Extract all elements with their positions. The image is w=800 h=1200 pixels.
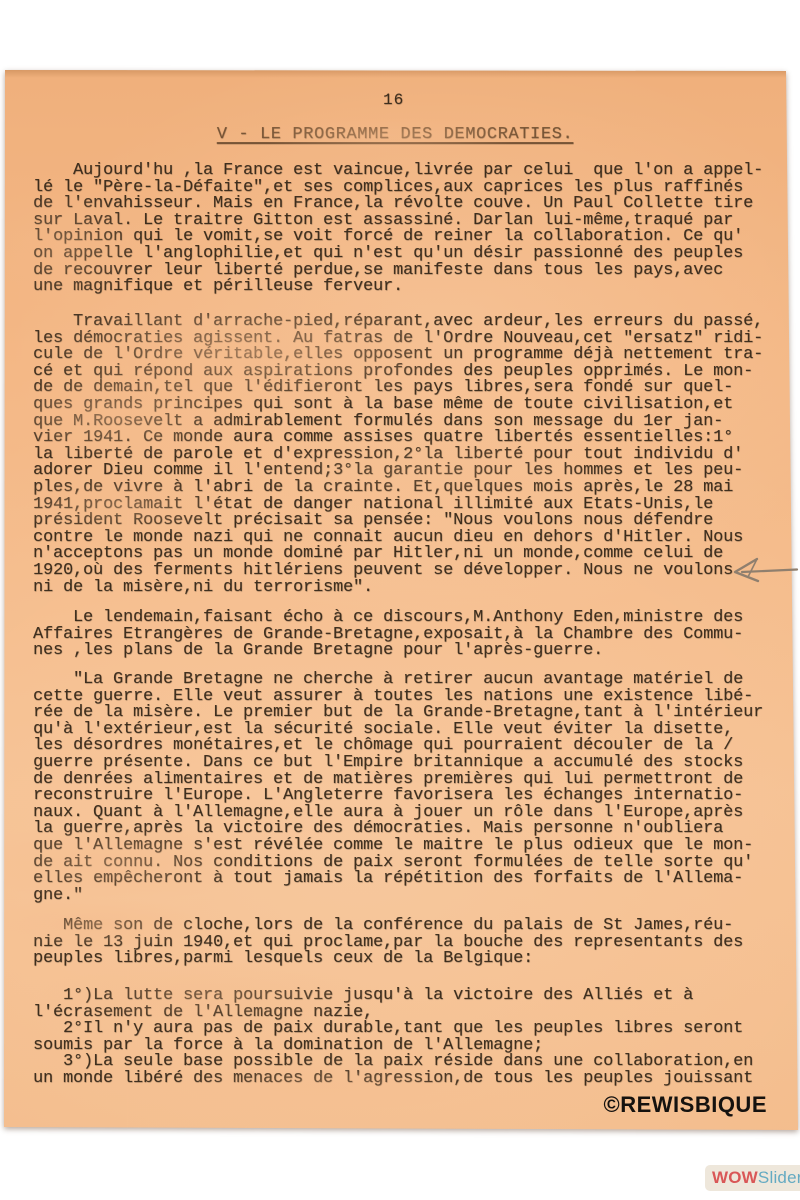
page-number: 16 xyxy=(383,91,404,109)
wowslider-badge[interactable]: WOWSlider xyxy=(705,1165,800,1191)
section-title: V - LE PROGRAMME DES DEMOCRATIES. xyxy=(0,125,790,144)
paragraph-1: Aujourd'hu ,la France est vaincue,livrée… xyxy=(33,163,763,296)
paragraph-6-numbered-points: 1°)La lutte sera poursuivie jusqu'à la v… xyxy=(33,988,753,1088)
paragraph-2: Travaillant d'arrache-pied,réparant,avec… xyxy=(33,314,763,596)
screenshot-root: 16 V - LE PROGRAMME DES DEMOCRATIES. Auj… xyxy=(0,0,800,1200)
paragraph-3: Le lendemain,faisant écho à ce discours,… xyxy=(33,610,743,660)
paragraph-4: "La Grande Bretagne ne cherche à retirer… xyxy=(33,672,763,904)
wowslider-badge-slider-label: Slider xyxy=(758,1168,800,1188)
pencil-arrow-left-icon xyxy=(726,553,800,587)
document-content: 16 V - LE PROGRAMME DES DEMOCRATIES. Auj… xyxy=(0,0,800,1200)
paragraph-5: Même son de cloche,lors de la conférence… xyxy=(33,918,743,968)
wowslider-badge-wow-label: WOW xyxy=(712,1168,758,1188)
copyright-watermark: ©REWISBIQUE xyxy=(604,1092,768,1118)
